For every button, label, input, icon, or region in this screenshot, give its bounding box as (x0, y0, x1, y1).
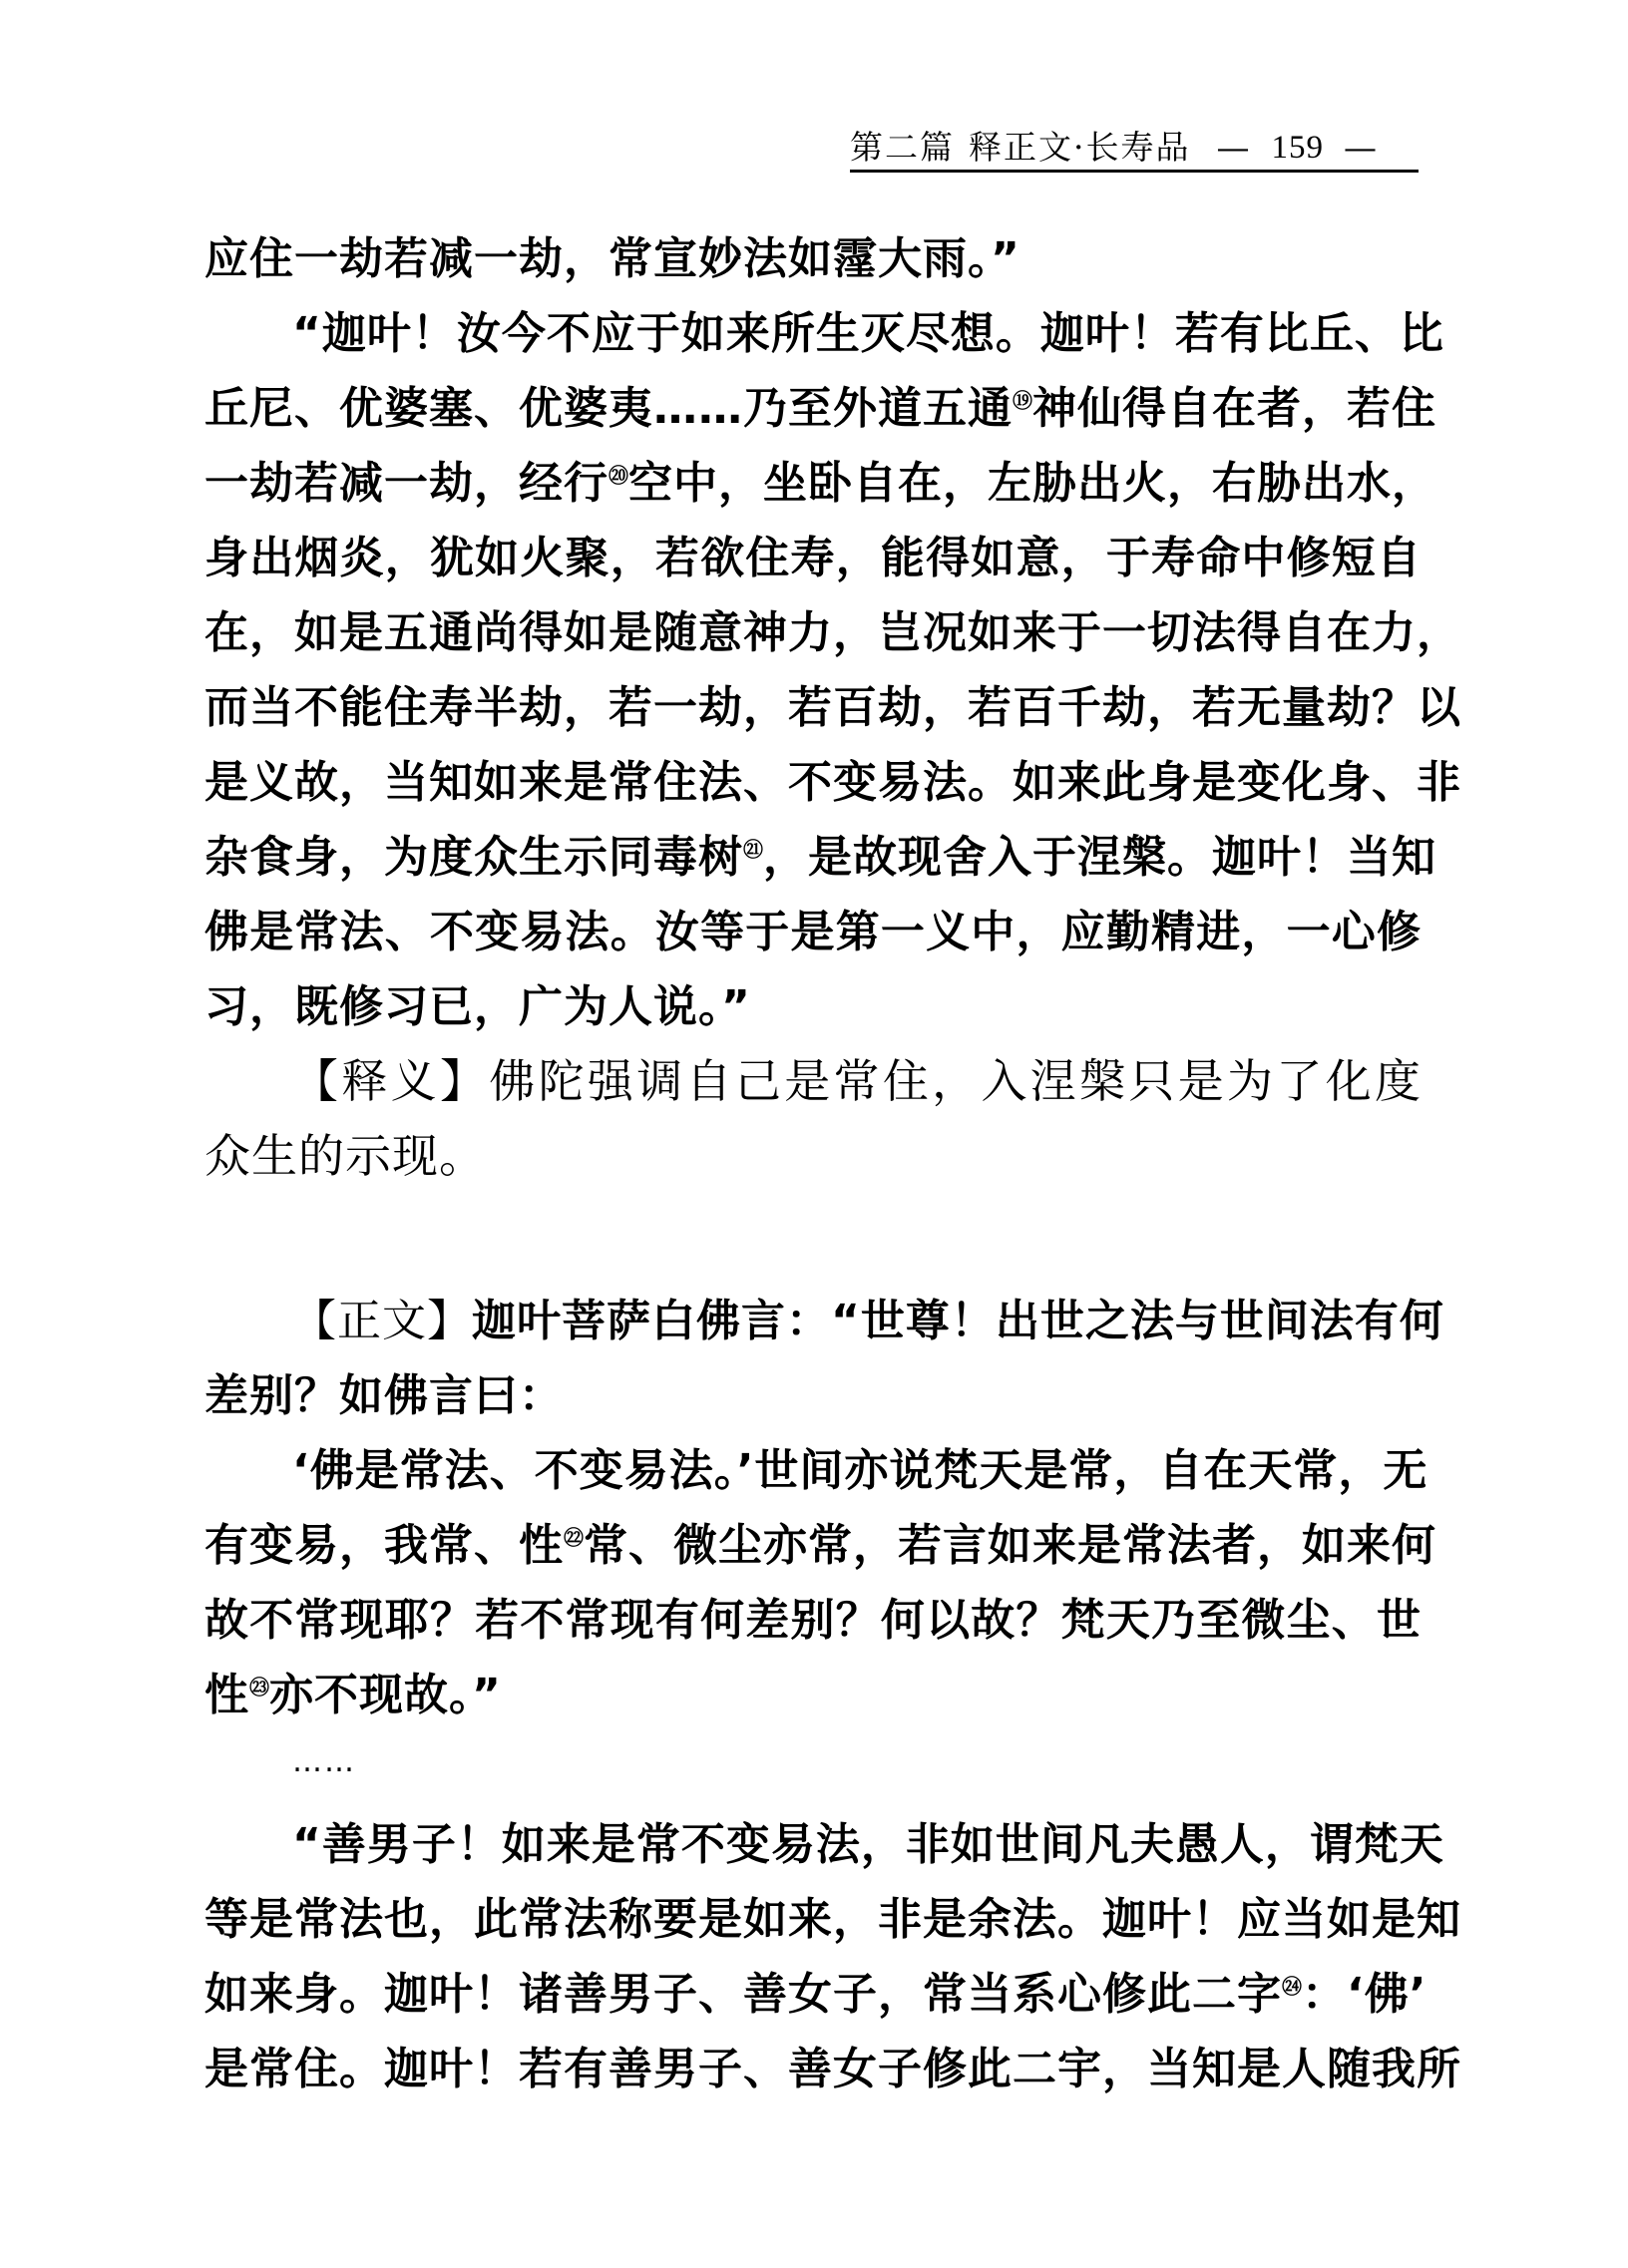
explanation-line: 【释义】佛陀强调自己是常住，入涅槃只是为了化度 (204, 1044, 1422, 1119)
text-line: ‘佛是常法、不变易法。’世间亦说梵天是常，自在天常，无 (204, 1433, 1422, 1508)
text-span: 有变易，我常、性 (204, 1520, 564, 1571)
book-page: 第二篇 释正文·长寿品 — 159 — 应住一劫若减一劫，常宣妙法如霪大雨。” … (0, 0, 1628, 2268)
footnote-marker: ⑲ (1013, 388, 1032, 412)
text-line: 有变易，我常、性㉒常、微尘亦常，若言如来是常法者，如来何 (204, 1508, 1422, 1583)
omission-ellipsis: …… (204, 1732, 1422, 1807)
header-part-title: 第二篇 (850, 126, 955, 170)
footnote-marker: ㉒ (564, 1525, 584, 1549)
text-span: 神仙得自在者，若住 (1032, 383, 1436, 434)
text-span: 迦叶菩萨白佛言：“世尊！出世之法与世间法有何 (472, 1296, 1444, 1346)
text-line: 等是常法也，此常法称要是如来，非是余法。迦叶！应当如是知 (204, 1882, 1422, 1957)
running-header: 第二篇 释正文·长寿品 — 159 — (850, 118, 1419, 173)
main-text-label: 【正文】 (292, 1296, 472, 1346)
text-span: 空中，坐卧自在，左胁出火，右胁出水， (628, 458, 1436, 509)
text-line: 习，既修习已，广为人说。” (204, 969, 1422, 1044)
text-span: 一劫若减一劫，经行 (204, 458, 609, 509)
text-line: 一劫若减一劫，经行⑳空中，坐卧自在，左胁出火，右胁出水， (204, 446, 1422, 521)
body-text: 应住一劫若减一劫，常宣妙法如霪大雨。” “迦叶！汝今不应于如来所生灭尽想。迦叶！… (204, 221, 1422, 2106)
text-span: 丘尼、优婆塞、优婆夷……乃至外道五通 (204, 383, 1013, 434)
text-span: 杂食身，为度众生示同毒树 (204, 832, 743, 883)
footnote-marker: ㉓ (249, 1675, 269, 1699)
main-text-line: 【正文】迦叶菩萨白佛言：“世尊！出世之法与世间法有何 (204, 1284, 1422, 1358)
text-line: 差别？如佛言曰： (204, 1358, 1422, 1433)
text-span: 如来身。迦叶！诸善男子、善女子，常当系心修此二字 (204, 1969, 1282, 2020)
text-line: 性㉓亦不现故。” (204, 1658, 1422, 1732)
section-gap (204, 1194, 1422, 1284)
text-line: 在，如是五通尚得如是随意神力，岂况如来于一切法得自在力， (204, 595, 1422, 670)
text-line: “迦叶！汝今不应于如来所生灭尽想。迦叶！若有比丘、比 (204, 296, 1422, 371)
text-line: 而当不能住寿半劫，若一劫，若百劫，若百千劫，若无量劫？以 (204, 670, 1422, 745)
header-dash-right: — (1344, 126, 1379, 170)
text-line: 是常住。迦叶！若有善男子、善女子修此二宇，当知是人随我所 (204, 2032, 1422, 2106)
explanation-label: 【释义】 (292, 1054, 489, 1108)
text-span: 佛陀强调自己是常住，入涅槃只是为了化度 (489, 1054, 1422, 1108)
text-line: “善男子！如来是常不变易法，非如世间凡夫愚人，谓梵天 (204, 1807, 1422, 1882)
footnote-marker: ㉔ (1282, 1974, 1302, 1998)
text-line: 是义故，当知如来是常住法、不变易法。如来此身是变化身、非 (204, 745, 1422, 820)
header-dash-left: — (1217, 126, 1252, 170)
text-line: 故不常现耶？若不常现有何差别？何以故？梵天乃至微尘、世 (204, 1583, 1422, 1658)
text-span: 亦不现故。” (269, 1670, 502, 1720)
text-line: 杂食身，为度众生示同毒树㉑，是故现舍入于涅槃。迦叶！当知 (204, 820, 1422, 895)
header-section-title: 释正文·长寿品 (969, 126, 1191, 170)
text-line: 应住一劫若减一劫，常宣妙法如霪大雨。” (204, 221, 1422, 296)
text-span: 性 (204, 1670, 249, 1720)
footnote-marker: ⑳ (609, 463, 628, 487)
explanation-line: 众生的示现。 (204, 1119, 1422, 1194)
footnote-marker: ㉑ (743, 837, 763, 861)
text-line: 如来身。迦叶！诸善男子、善女子，常当系心修此二字㉔：‘佛’ (204, 1957, 1422, 2032)
text-span: 常、微尘亦常，若言如来是常法者，如来何 (584, 1520, 1436, 1571)
text-line: 佛是常法、不变易法。汝等于是第一义中，应勤精进，一心修 (204, 895, 1422, 969)
text-span: ：‘佛’ (1302, 1969, 1426, 2020)
page-number: 159 (1272, 126, 1325, 170)
text-span: ，是故现舍入于涅槃。迦叶！当知 (763, 832, 1436, 883)
text-line: 身出烟炎，犹如火聚，若欲住寿，能得如意，于寿命中修短自 (204, 521, 1422, 595)
text-line: 丘尼、优婆塞、优婆夷……乃至外道五通⑲神仙得自在者，若住 (204, 371, 1422, 446)
